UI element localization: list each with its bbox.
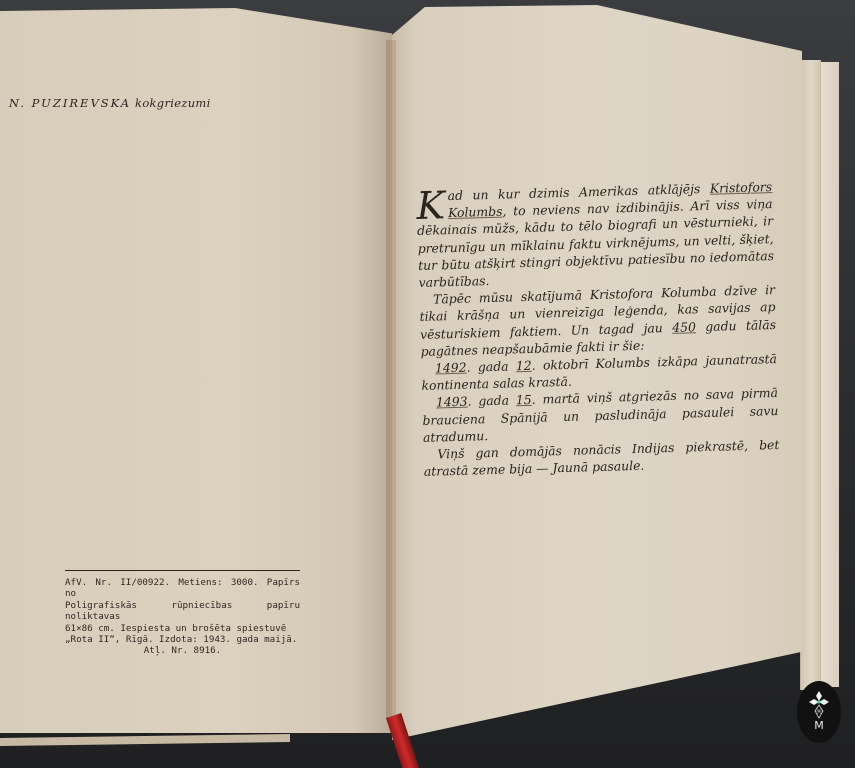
text-span: . gada: [466, 358, 516, 374]
number-450: 450: [672, 319, 696, 335]
running-head-role: kokgriezumi: [135, 96, 211, 110]
running-head-author: N. PUZIREVSKA: [9, 96, 131, 110]
year-1493: 1493: [436, 394, 468, 410]
main-text: K ad un kur dzimis Amerikas atklājējs Kr…: [416, 178, 780, 480]
day-15: 15: [516, 392, 532, 407]
imprint-permit-number: Atļ. Nr. 8916.: [65, 645, 300, 656]
imprint-line: Poligrafiskās rūpniecības papīru nolikta…: [65, 600, 300, 623]
paragraph-legend: Tāpēc mūsu skatījumā Kristofora Kolumba …: [419, 281, 777, 360]
running-head: N. PUZIREVSKA kokgriezumi: [9, 96, 211, 110]
text-span: . gada: [467, 393, 516, 409]
imprint-block: AfV. Nr. II/00922. Metiens: 3000. Papīrs…: [65, 570, 300, 657]
imprint-line: 61×86 cm. Iespiesta un brošēta spiestuvē: [65, 623, 300, 634]
page-stack-edge-outer: [820, 62, 839, 687]
book-gutter: [386, 40, 396, 720]
drop-cap: K: [416, 189, 445, 222]
imprint-line: AfV. Nr. II/00922. Metiens: 3000. Papīrs…: [65, 577, 300, 600]
svg-text:M: M: [814, 719, 824, 732]
imprint-line: „Rota II“, Rīgā. Izdota: 1943. gada maij…: [65, 634, 300, 645]
year-1492: 1492: [435, 360, 467, 376]
paragraph-intro: K ad un kur dzimis Amerikas atklājējs Kr…: [416, 178, 775, 291]
page-stack-edge: [800, 60, 821, 690]
watermark-badge: M: [797, 681, 841, 743]
folk-ornament-logo-icon: M: [797, 681, 841, 743]
day-12: 12: [516, 358, 532, 373]
